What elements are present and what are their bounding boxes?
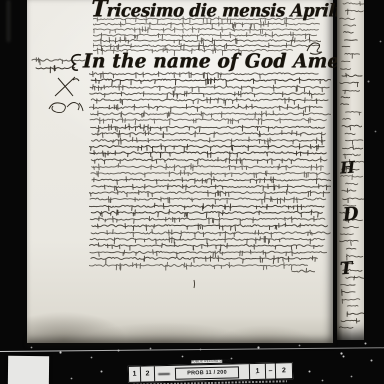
film-edge-sliver — [7, 0, 10, 42]
label-spacer — [239, 364, 249, 379]
final-word-script — [291, 266, 315, 276]
label-smudge — [154, 366, 175, 381]
stray-ink-mark — [190, 279, 198, 289]
film-dust-specks — [0, 0, 1, 1]
label-office-caption: PUBLIC RECORD OFFICE — [191, 360, 222, 364]
label-cell-right-dash: – — [265, 364, 275, 379]
microfilm-frame: Tricesimo die mensis Aprilis In the name… — [0, 0, 384, 384]
adjacent-initial-1: H — [339, 157, 355, 177]
adjacent-initial-2: D — [342, 203, 359, 225]
adjacent-page-edge: H D T — [337, 0, 364, 340]
label-cell-left-2: 2 — [140, 366, 154, 381]
manuscript-page: Tricesimo die mensis Aprilis In the name… — [27, 0, 333, 343]
label-cell-left-1: 1 — [129, 367, 140, 382]
marginal-registration-note — [30, 55, 86, 75]
label-cell-right-1: 1 — [249, 364, 265, 379]
marginal-fee-scribble — [45, 97, 87, 117]
label-reference: PROB 11 / 200 — [175, 366, 239, 379]
english-heading: In the name of God Amen — [83, 50, 334, 72]
body-script — [89, 71, 331, 275]
label-cell-right-2: 2 — [275, 363, 292, 378]
adjacent-initial-3: T — [339, 259, 353, 280]
film-frame-divider — [0, 347, 384, 352]
blank-card — [8, 356, 49, 384]
